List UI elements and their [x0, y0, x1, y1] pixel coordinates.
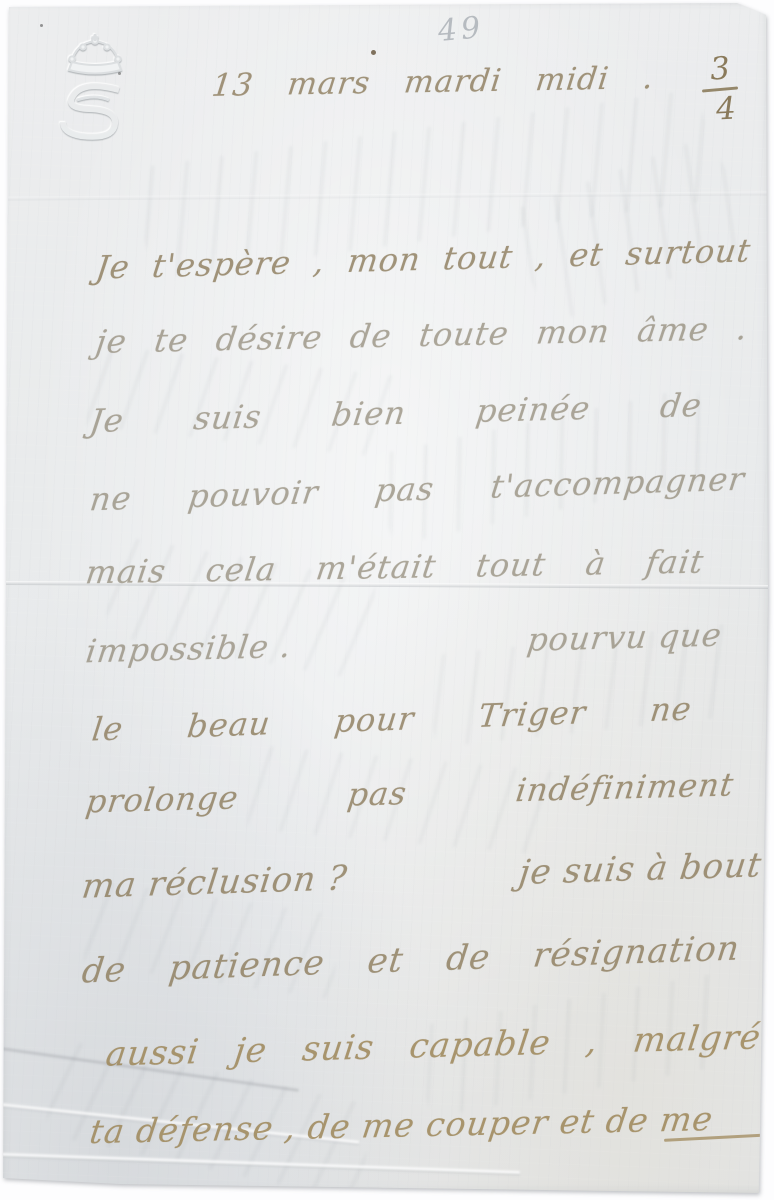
edge-mark	[28, 1188, 46, 1192]
show-through-marks	[506, 135, 754, 326]
paper-shadow-wrap: 49 13 mars mardi midi . 3 4 Je t'espère …	[0, 0, 774, 1200]
ink-speck	[40, 24, 43, 27]
handwritten-line-6: impossible . pourvu que	[84, 616, 725, 671]
handwritten-line-5: mais cela m'était tout à fait	[83, 543, 706, 592]
line-9-segment-1: ma réclusion ?	[80, 858, 350, 907]
pencil-number: 49	[437, 10, 486, 49]
handwritten-line-12: ta défense , de me couper et de me	[87, 1100, 678, 1151]
handwritten-line-9: ma réclusion ? je suis à bout	[80, 845, 765, 907]
handwritten-line-2: je te désire de toute mon âme .	[93, 309, 750, 361]
handwritten-line-7: le beau pour Triger ne	[90, 689, 694, 748]
ink-speck	[371, 50, 376, 55]
cipher-icon	[63, 86, 119, 137]
handwritten-line-8: prolonge pas indéfiniment	[84, 765, 737, 820]
fraction-denominator: 4	[702, 90, 750, 126]
page-fraction: 3 4	[697, 52, 743, 126]
crown-icon	[69, 34, 121, 74]
fold-crease	[0, 191, 774, 200]
edge-mark	[680, 1194, 770, 1197]
line-6-segment-2: pourvu que	[525, 616, 725, 659]
ink-speck	[118, 72, 121, 75]
handwritten-line-4: ne pouvoir pas t'accompagner	[88, 460, 747, 519]
emboss-crest	[55, 30, 135, 145]
line-6-segment-1: impossible .	[84, 627, 294, 671]
line-9-segment-2: je suis à bout	[517, 845, 765, 893]
handwritten-line-10: de patience et de résignation	[80, 928, 743, 991]
handwritten-line-3: Je suis bien peinée de	[88, 386, 705, 440]
dateline: 13 mars mardi midi .	[210, 60, 656, 104]
letter-scan: 49 13 mars mardi midi . 3 4 Je t'espère …	[0, 0, 774, 1200]
fraction-numerator: 3	[696, 50, 744, 87]
handwritten-line-11: aussi je suis capable , malgré	[103, 1017, 763, 1074]
handwritten-line-1: Je t'espère , mon tout , et surtout	[94, 231, 754, 286]
paper: 49 13 mars mardi midi . 3 4 Je t'espère …	[0, 0, 774, 1200]
crumple-line	[0, 1153, 520, 1174]
